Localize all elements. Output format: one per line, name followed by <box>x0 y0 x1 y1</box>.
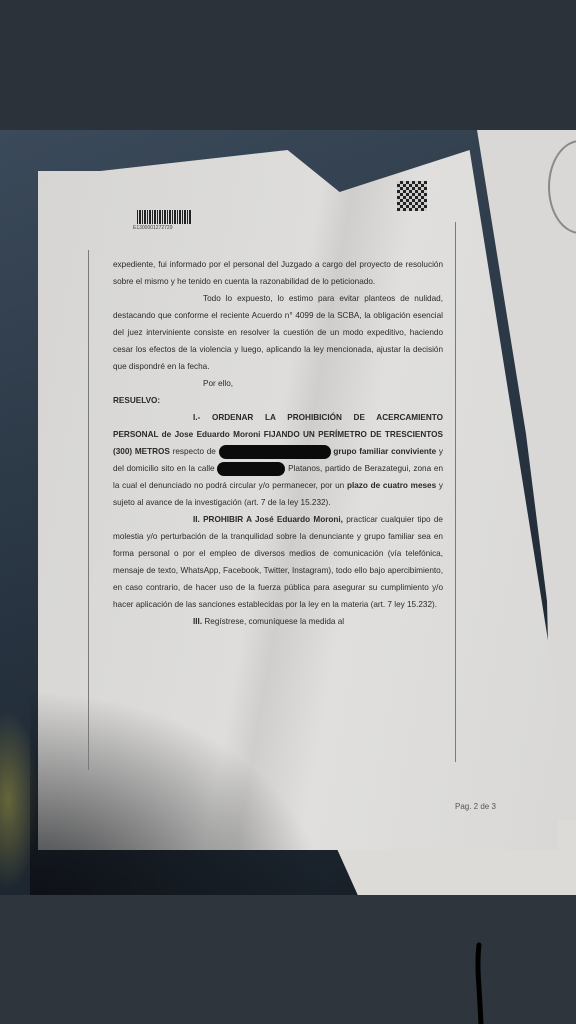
item-2-text: practicar cualquier tipo de molestia y/o… <box>113 515 443 609</box>
item-3: III. Regístrese, comuníquese la medida a… <box>113 613 443 630</box>
por-ello: Por ello, <box>113 375 443 392</box>
redacted-name <box>219 445 331 459</box>
paragraph-1: expediente, fui informado por el persona… <box>113 256 443 290</box>
shadow <box>30 690 330 895</box>
paragraph-2: Todo lo expuesto, lo estimo para evitar … <box>113 290 443 375</box>
item-1: I.- ORDENAR LA PROHIBICIÓN DE ACERCAMIEN… <box>113 409 443 511</box>
page-number: Pag. 2 de 3 <box>455 802 496 811</box>
barcode-number: E1300001272729 <box>133 225 173 231</box>
pen-stroke-icon <box>474 942 484 1024</box>
item-1-text-a: respecto de <box>173 447 216 456</box>
item-1-text-b: grupo familiar conviviente <box>333 447 436 456</box>
item-3-text: Regístrese, comuníquese la medida al <box>204 617 344 626</box>
bottom-bar <box>0 895 576 1024</box>
item-3-heading: III. <box>193 617 202 626</box>
margin-line-right <box>455 222 456 762</box>
item-1-text-e: plazo de cuatro meses <box>347 481 436 490</box>
top-bar <box>0 0 576 130</box>
document-body: expediente, fui informado por el persona… <box>113 256 443 630</box>
qr-code-icon <box>397 181 427 211</box>
item-2-heading: II. PROHIBIR A José Eduardo Moroni, <box>193 515 343 524</box>
item-2: II. PROHIBIR A José Eduardo Moroni, prac… <box>113 511 443 613</box>
resuelvo-heading: RESUELVO: <box>113 392 443 409</box>
redacted-street <box>217 462 285 476</box>
barcode-icon <box>137 210 192 224</box>
margin-line-left <box>88 250 89 770</box>
